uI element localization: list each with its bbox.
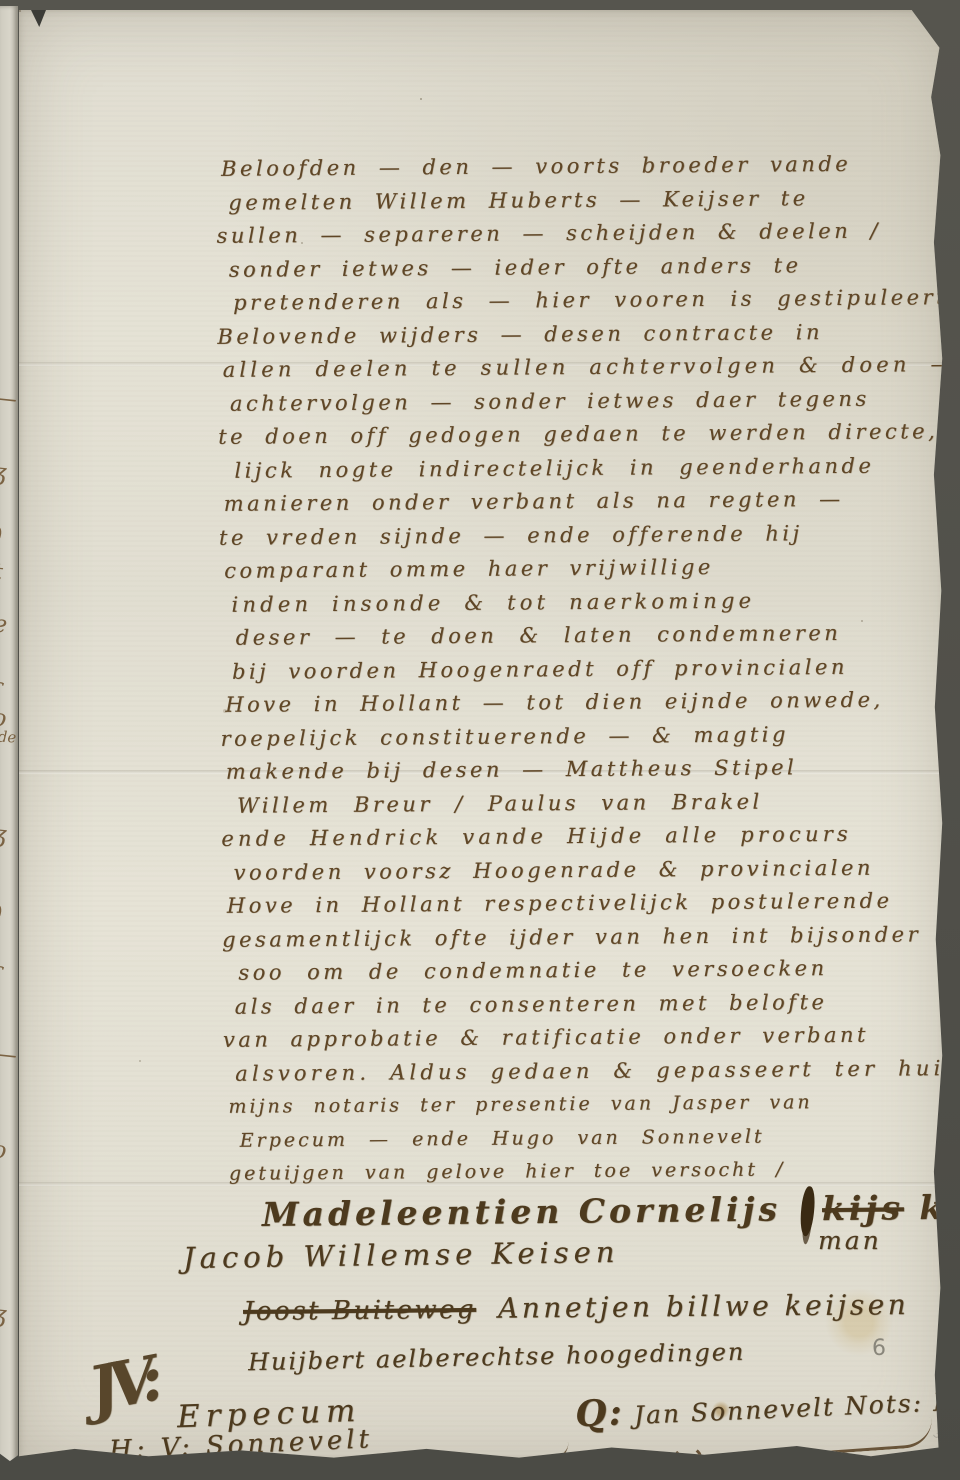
manuscript-line: allen deelen te sullen achtervolgen & do… <box>223 348 939 387</box>
manuscript-line: te vreden sijnde — ende offerende hij <box>219 516 940 555</box>
manuscript-line: te doen off gedogen gedaen te werden dir… <box>218 415 939 454</box>
manuscript-line: ende Hendrick vande Hijde alle procurs <box>221 817 942 856</box>
neighbor-ink-fragment: — <box>0 1039 18 1069</box>
manuscript-line: soo om de condemnatie te versoecken <box>238 951 943 990</box>
manuscript-line: Belovende wijders — desen contracte in <box>217 315 938 354</box>
pencil-page-number: 6 <box>872 1336 886 1361</box>
manuscript-line: roepelijck constituerende — & magtig <box>220 717 941 756</box>
manuscript-line: Erpecum — ende Hugo van Sonnevelt <box>240 1119 945 1158</box>
manuscript-line: pretenderen als — hier vooren is gestipu… <box>233 281 938 320</box>
manuscript-line: van approbatie & ratificatie onder verba… <box>223 1018 944 1057</box>
manuscript-line: inden insonde & tot naerkominge <box>231 583 940 622</box>
manuscript-line: als daer in te consenteren met belofte <box>235 985 944 1024</box>
notary-prefix: Q: <box>574 1391 624 1435</box>
neighbor-ink-fragment: ide <box>0 728 17 747</box>
manuscript-line: Hove in Hollant respectivelijck postuler… <box>227 884 943 923</box>
manuscript-line: alsvoren. Aldus gedaen & gepasseert ter … <box>235 1052 944 1091</box>
manuscript-line: voorden voorsz Hoogenrade & provincialen <box>233 851 942 890</box>
manuscript-line: gemelten Willem Huberts — Keijser te <box>228 181 937 220</box>
manuscript-line: Hove in Hollant — tot dien eijnde onwede… <box>225 683 941 722</box>
manuscript-page: Beloofden — den — voorts broeder vande g… <box>19 10 945 1462</box>
manuscript-line: lijck nogte indirectelijck in geenderhan… <box>234 449 939 488</box>
neighbor-ink-fragment: — <box>0 383 18 413</box>
signature-party3: Joost BuitewegAnnetjen billwe keijsen <box>243 1288 910 1327</box>
manuscript-line: Willem Breur / Paulus van Brakel <box>237 784 942 823</box>
struck-signature: Joost Buiteweg <box>243 1295 476 1327</box>
manuscript-line: comparant omme haer vrijwillige <box>224 549 940 588</box>
manuscript-line: sonder ietwes — ieder ofte anders te <box>229 248 938 287</box>
manuscript-line: mijns notaris ter presentie van Jasper v… <box>228 1085 944 1124</box>
neighbor-ink-fragment: e <box>0 609 9 638</box>
struck-word: kijs <box>822 1188 904 1228</box>
manuscript-line: achtervolgen — sonder ietwes daer tegens <box>230 382 939 421</box>
signature-party2: Jacob Willemse Keisen <box>183 1235 620 1275</box>
neighbor-ink-fragment: ) <box>0 900 4 929</box>
neighbor-ink-fragment: ɔ <box>0 1135 8 1164</box>
signature-party3-name: Annetjen billwe keijsen <box>498 1288 909 1325</box>
manuscript-line: deser — te doen & laten condemneren <box>236 616 941 655</box>
manuscript-line: gesamentlijck ofte ijder van hen int bij… <box>222 918 943 957</box>
paper-specks <box>19 10 21 12</box>
corrected-word: krijs <box>919 1187 945 1227</box>
neighbor-ink-fragment: ʒ <box>0 819 8 848</box>
manuscript-line: Beloofden — den — voorts broeder vande <box>221 147 937 186</box>
manuscript-line: sullen — separeren — scheijden & deelen … <box>216 214 937 253</box>
neighbor-ink-fragment: ʃ <box>0 962 1 991</box>
adjacent-page-edge: — ʒ ) t e ʃ ɔ ide ʒ ) ʃ — ɔ ʒ <box>0 6 18 1464</box>
neighbor-ink-fragment: ʃ <box>0 678 1 707</box>
manuscript-line: makende bij desen — Mattheus Stipel <box>226 750 942 789</box>
signature-party1-suffix: man <box>818 1226 882 1255</box>
manuscript-line: bij voorden Hoogenraedt off provincialen <box>232 650 941 689</box>
signature-party1-name: Madeleentien Cornelijs <box>262 1190 781 1234</box>
witness-monogram: JV: <box>83 1343 160 1427</box>
neighbor-ink-fragment: ʒ <box>0 1299 8 1328</box>
manuscript-line: manieren onder verbant als na regten — <box>224 482 940 521</box>
neighbor-ink-fragment: ) <box>0 522 4 551</box>
deed-body-text: Beloofden — den — voorts broeder vande g… <box>221 147 945 1191</box>
neighbor-ink-fragment: t <box>0 558 4 587</box>
neighbor-ink-fragment: ʒ <box>0 457 8 486</box>
archival-scan: — ʒ ) t e ʃ ɔ ide ʒ ) ʃ — ɔ ʒ Beloofden … <box>0 0 960 1480</box>
